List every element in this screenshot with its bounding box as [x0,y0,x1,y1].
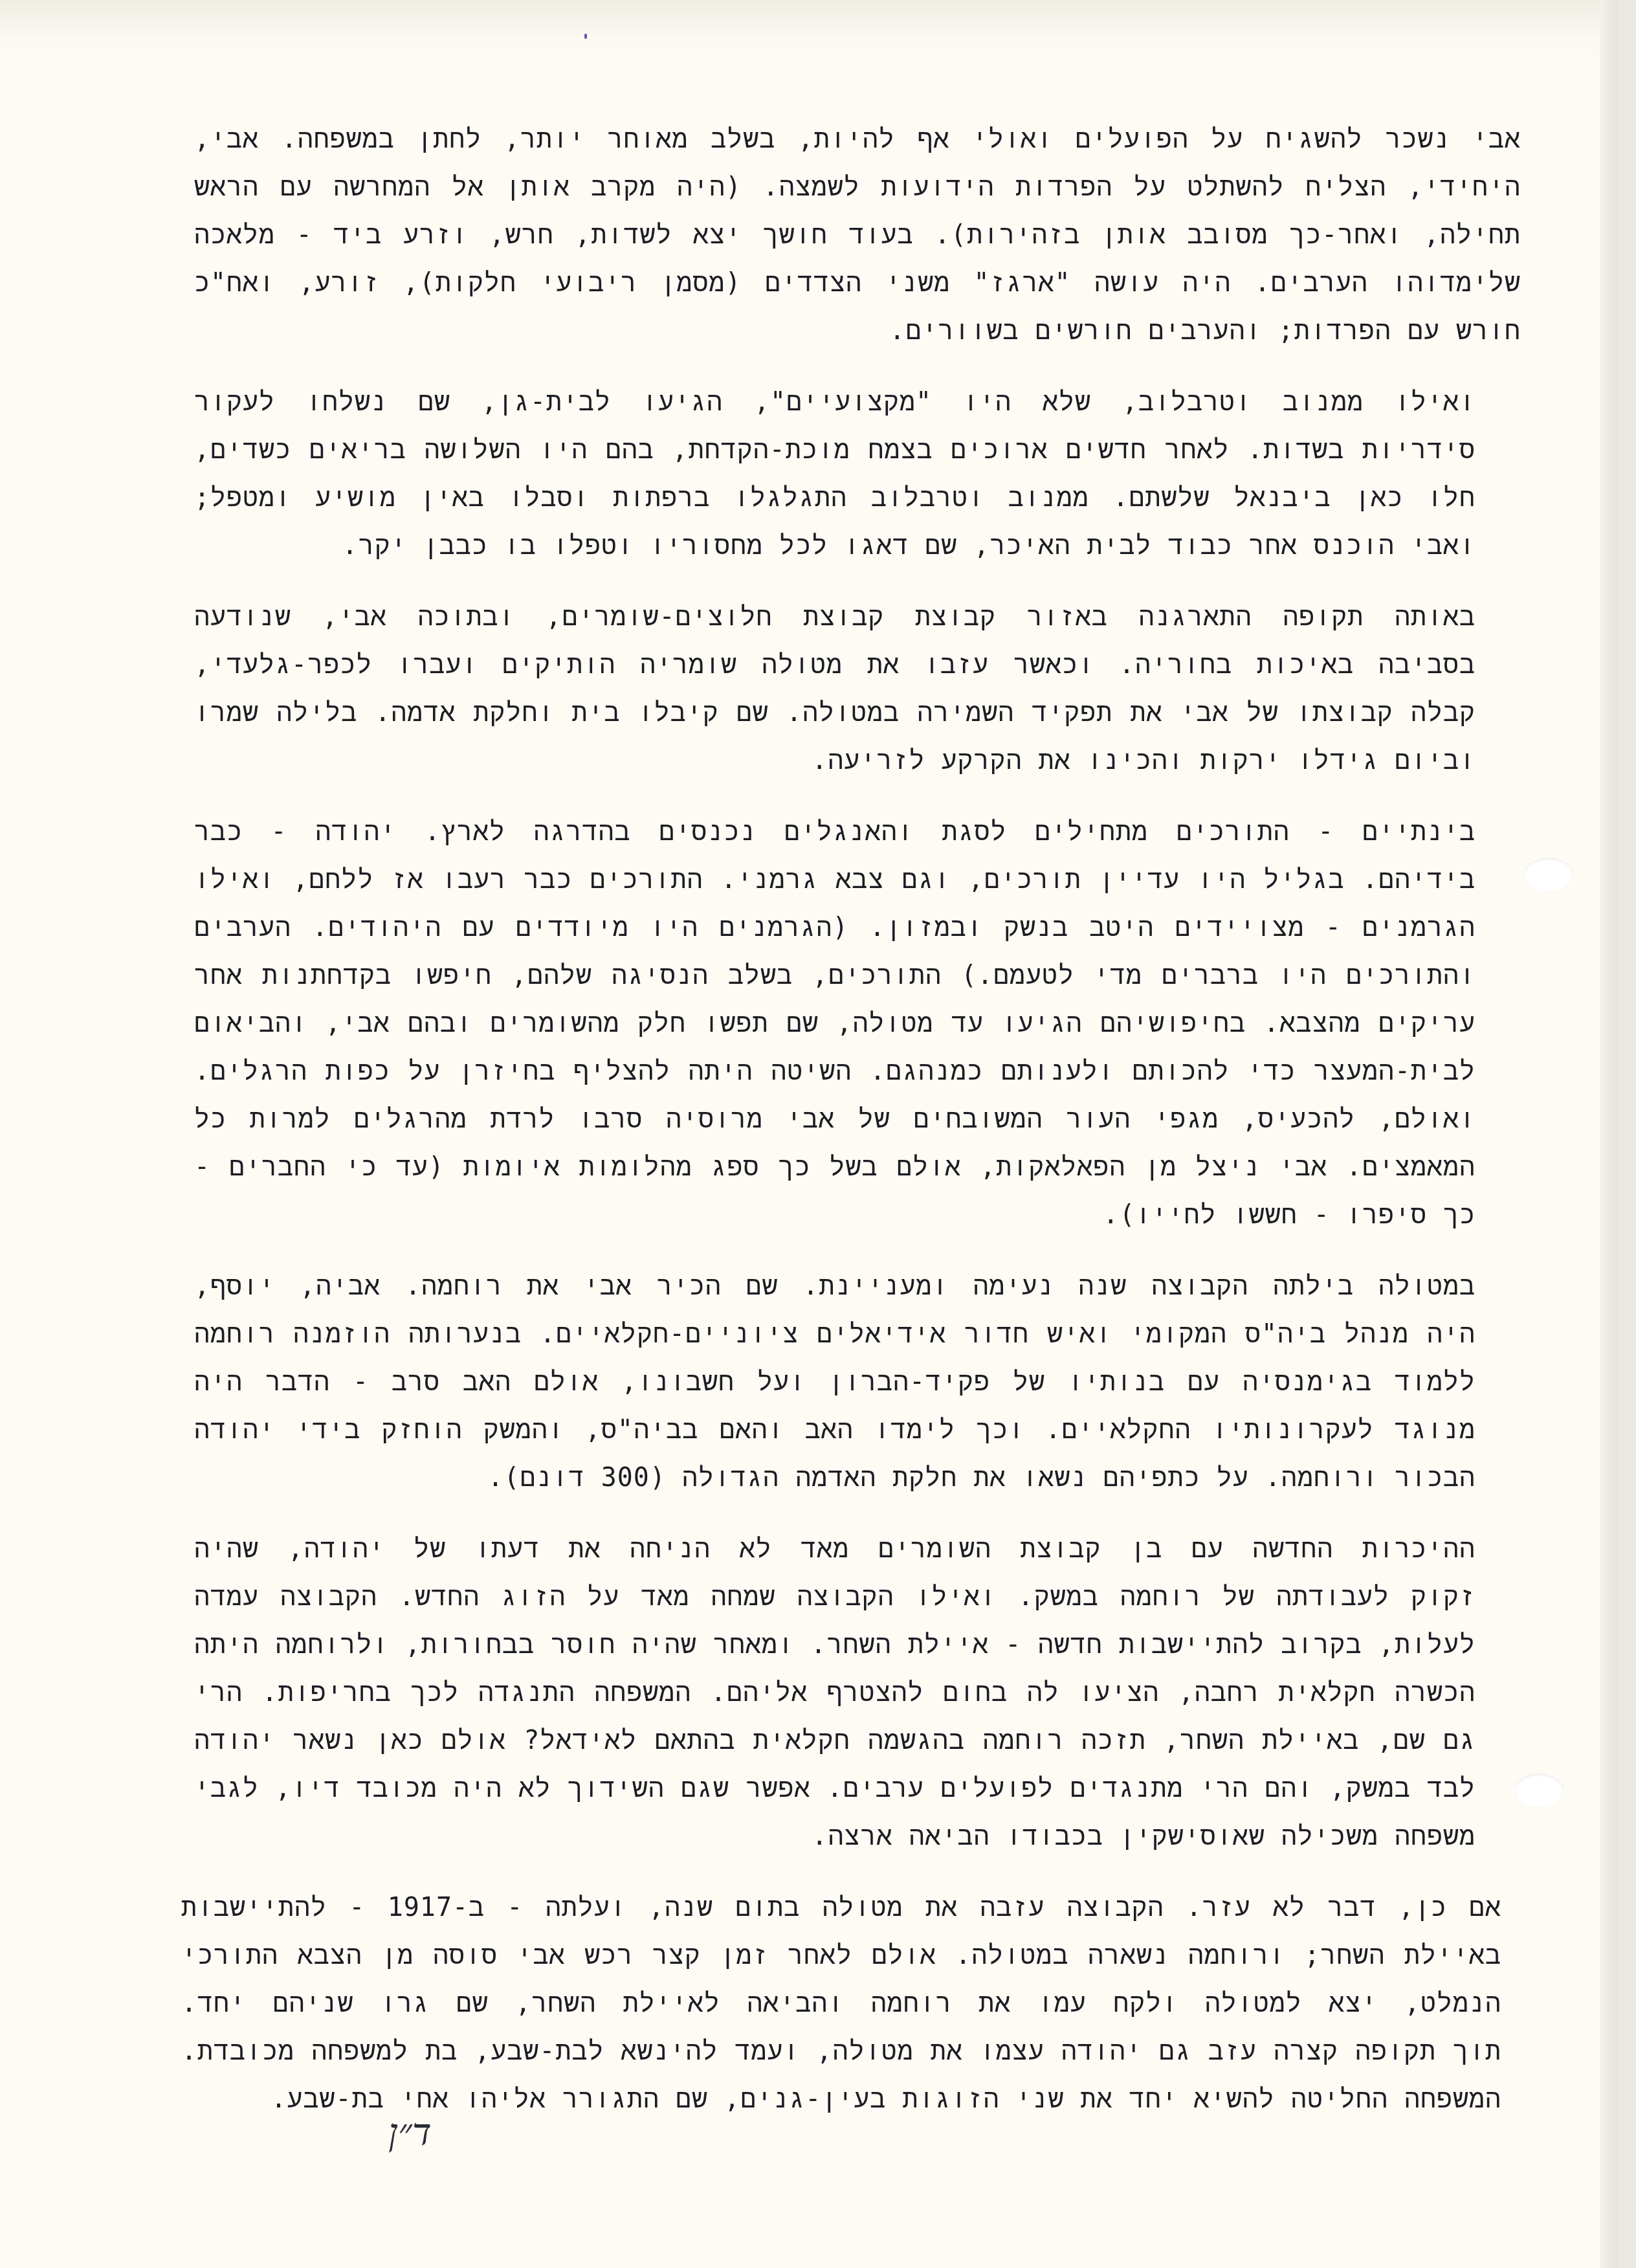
text-line: לבית-המעצר כדי להכותם ולענותם כמנהגם. הש… [194,1047,1521,1095]
text-line: הנמלט, יצא למטולה ולקח עמו את רוחמה והבי… [181,1979,1547,2027]
paragraph: באותה תקופה התארגנה באזור קבוצת קבוצת חל… [194,593,1521,784]
text-line: הבכור ורוחמה. על כתפיהם נשאו את חלקת האד… [194,1454,1521,1502]
text-line: היחידי, הצליח להשתלט על הפרדות הידועות ל… [194,163,1521,211]
paragraph: ואילו ממנוב וטרבלוב, שלא היו "מקצועיים",… [194,378,1521,570]
paragraph: במטולה בילתה הקבוצה שנה נעימה ומעניינת. … [194,1262,1521,1502]
text-line: המשפחה החליטה להשיא יחד את שני הזוגות בע… [181,2075,1547,2123]
page-edge [1600,0,1618,2268]
text-line: זקוק לעבודתה של רוחמה במשק. ואילו הקבוצה… [194,1573,1521,1621]
text-line: בידיהם. בגליל היו עדיין תורכים, וגם צבא … [194,856,1521,904]
text-line: אם כן, דבר לא עזר. הקבוצה עזבה את מטולה … [181,1884,1547,1931]
text-line: קבלה קבוצתו של אבי את תפקיד השמירה במטול… [194,689,1521,737]
text-line: סידריות בשדות. לאחר חדשים ארוכים בצמח מו… [194,426,1521,474]
paragraph: אם כן, דבר לא עזר. הקבוצה עזבה את מטולה … [181,1884,1547,2123]
text-line: הכשרה חקלאית רחבה, הציעו לה בחום להצטרף … [194,1669,1521,1717]
text-line: גם שם, באיילת השחר, תזכה רוחמה בהגשמה חק… [194,1717,1521,1764]
punch-hole [1514,1773,1564,1807]
text-line: חורש עם הפרדות; והערבים חורשים בשוורים. [194,307,1521,355]
text-line: באיילת השחר; ורוחמה נשארה במטולה. אולם ל… [181,1931,1547,1979]
paragraph: בינתיים - התורכים מתחילים לסגת והאנגלים … [194,808,1521,1239]
text-line: ואולם, להכעיס, מגפי העור המשובחים של אבי… [194,1095,1521,1143]
text-line: בינתיים - התורכים מתחילים לסגת והאנגלים … [194,808,1521,856]
text-line: אבי נשכר להשגיח על הפועלים ואולי אף להיו… [194,115,1521,163]
document-page: אבי נשכר להשגיח על הפועלים ואולי אף להיו… [0,0,1618,2268]
text-line: המאמצים. אבי ניצל מן הפאלאקות, אולם בשל … [194,1143,1521,1191]
text-line: שלימדוהו הערבים. היה עושה "ארגז" משני הצ… [194,259,1521,307]
text-line: לעלות, בקרוב להתיישבות חדשה - איילת השחר… [194,1621,1521,1669]
ink-speck [584,34,587,39]
text-line: במטולה בילתה הקבוצה שנה נעימה ומעניינת. … [194,1262,1521,1310]
text-line: בסביבה באיכות בחוריה. וכאשר עזבו את מטול… [194,641,1521,689]
text-line: חלו כאן ביבנאל שלשתם. ממנוב וטרבלוב התגל… [194,474,1521,522]
text-line: כך סיפרו - חששו לחייו). [194,1191,1521,1239]
text-line: ואילו ממנוב וטרבלוב, שלא היו "מקצועיים",… [194,378,1521,426]
text-line: ללמוד בגימנסיה עם בנותיו של פקיד-הברון ו… [194,1358,1521,1406]
text-line: תחילה, ואחר-כך מסובב אותן בזהירות). בעוד… [194,211,1521,259]
paragraph: אבי נשכר להשגיח על הפועלים ואולי אף להיו… [194,115,1521,355]
document-body: אבי נשכר להשגיח על הפועלים ואולי אף להיו… [194,115,1521,2146]
text-line: משפחה משכילה שאוסישקין בכבודו הביאה ארצה… [194,1812,1521,1860]
text-line: מנוגד לעקרונותיו החקלאיים. וכך לימדו האב… [194,1406,1521,1454]
text-line: והתורכים היו ברברים מדי לטעמם.) התורכים,… [194,951,1521,999]
handwritten-note: ד״ן [388,2110,432,2154]
text-line: היה מנהל ביה"ס המקומי ואיש חדור אידיאלים… [194,1310,1521,1358]
paragraph: ההיכרות החדשה עם בן קבוצת השומרים מאד לא… [194,1525,1521,1860]
text-line: ההיכרות החדשה עם בן קבוצת השומרים מאד לא… [194,1525,1521,1573]
punch-hole [1524,858,1573,891]
text-line: תוך תקופה קצרה עזב גם יהודה עצמו את מטול… [181,2027,1547,2075]
text-line: וביום גידלו ירקות והכינו את הקרקע לזריעה… [194,737,1521,784]
text-line: ואבי הוכנס אחר כבוד לבית האיכר, שם דאגו … [194,522,1521,570]
text-line: באותה תקופה התארגנה באזור קבוצת קבוצת חל… [194,593,1521,641]
text-line: עריקים מהצבא. בחיפושיהם הגיעו עד מטולה, … [194,999,1521,1047]
text-line: לבד במשק, והם הרי מתנגדים לפועלים ערבים.… [194,1764,1521,1812]
text-line: הגרמנים - מצויידים היטב בנשק ובמזון. (הג… [194,904,1521,951]
